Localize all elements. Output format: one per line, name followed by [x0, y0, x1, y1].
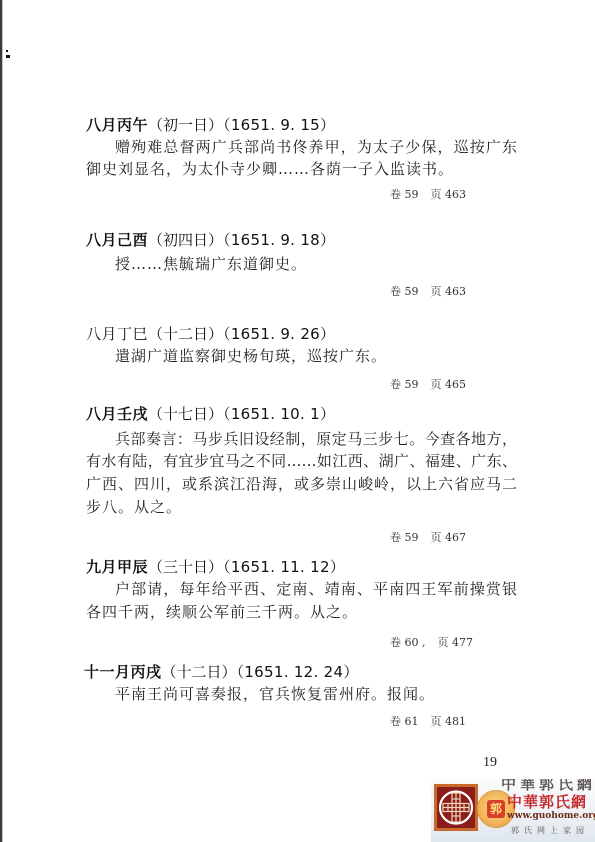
entry-heading: 八月丙午（初一日）（1651. 9. 15）	[86, 116, 335, 134]
citation-volume: 卷 59	[390, 285, 419, 298]
entry-text-line: 兵部奏言：马步兵旧设经制，原定马三步七。今查各地方，	[115, 430, 517, 448]
entry-heading: 十一月丙戌（十二日）（1651. 12. 24）	[84, 663, 359, 681]
heading-lunar-day: （十七日）	[148, 405, 223, 423]
citation-volume: 卷 60 ,	[390, 636, 426, 649]
page-number: 19	[483, 755, 497, 771]
heading-lunar-day: （三十日）	[148, 558, 223, 576]
clan-emblem-box	[434, 784, 478, 831]
citation-page: 页 463	[431, 285, 467, 298]
watermark-site-name: 中華郭氏網	[507, 791, 587, 812]
citation-page: 页 463	[431, 188, 467, 201]
citation-page: 页 477	[438, 636, 474, 649]
citation-volume: 卷 59	[390, 531, 419, 544]
cross-emblem-icon	[437, 787, 475, 828]
entry-text-line: 广西、四川，或系滨江沿海，或多崇山峻岭，以上六省应马二	[86, 475, 517, 493]
heading-gregorian-date: （1651. 9. 26）	[223, 325, 335, 343]
citation: 卷 59页 467	[390, 531, 466, 545]
heading-gregorian-date: （1651. 11. 12）	[223, 558, 345, 576]
heading-lunar-day: （初四日）	[148, 231, 223, 249]
entry-text-line: 各四千两，续顺公军前三千两。从之。	[86, 603, 358, 621]
heading-lunar-day: （十二日）	[162, 663, 237, 681]
citation-volume: 卷 59	[390, 378, 419, 391]
entry-text-line: 户部请，每年给平西、定南、靖南、平南四王军前操赏银	[115, 580, 517, 598]
entry-text-line: 有水有陆，有宜步宜马之不同……如江西、湖广、福建、广东、	[86, 452, 517, 470]
heading-lunar-day: （十二日）	[148, 325, 223, 343]
heading-date: 八月丙午	[86, 116, 148, 134]
citation: 卷 59页 465	[390, 378, 466, 392]
seal-character: 郭	[487, 800, 505, 818]
entry-text-line: 御史刘显名，为太仆寺少卿……各荫一子入监读书。	[86, 160, 454, 178]
scan-speck	[6, 50, 8, 52]
entry-heading: 九月甲辰（三十日）（1651. 11. 12）	[86, 558, 345, 576]
watermark-slogan: 郭氏网上家园	[511, 825, 589, 836]
citation: 卷 61页 481	[390, 715, 466, 729]
citation-volume: 卷 59	[390, 188, 419, 201]
heading-gregorian-date: （1651. 9. 18）	[223, 231, 335, 249]
heading-date: 八月己酉	[86, 231, 148, 249]
citation-page: 页 465	[431, 378, 467, 391]
heading-gregorian-date: （1651. 12. 24）	[237, 663, 359, 681]
heading-lunar-day: （初一日）	[148, 116, 223, 134]
scan-edge-shadow	[2, 0, 3, 842]
scan-speck	[6, 55, 10, 58]
citation: 卷 59页 463	[390, 188, 466, 202]
heading-date: 十一月丙戌	[84, 663, 162, 681]
citation-volume: 卷 61	[390, 715, 419, 728]
entry-text-line: 遣湖广道监察御史杨旬瑛，巡按广东。	[115, 347, 387, 365]
entry-text-line: 平南王尚可喜奏报，官兵恢复雷州府。报闻。	[115, 685, 435, 703]
citation: 卷 59页 463	[390, 285, 466, 299]
citation-page: 页 467	[431, 531, 467, 544]
watermark-url: www.guohome.org	[507, 811, 595, 821]
heading-date: 九月甲辰	[86, 558, 148, 576]
heading-date: 八月壬戌	[86, 405, 148, 423]
watermark-logo: 郭 中華郭氏網 中華郭氏網 www.guohome.org 郭氏网上家园	[431, 779, 595, 842]
entry-heading: 八月壬戌（十七日）（1651. 10. 1）	[86, 405, 335, 423]
heading-gregorian-date: （1651. 9. 15）	[223, 116, 335, 134]
heading-date: 八月丁巳	[86, 325, 148, 343]
entry-heading: 八月己酉（初四日）（1651. 9. 18）	[86, 231, 335, 249]
citation-page: 页 481	[431, 715, 467, 728]
entry-text-line: 授……焦毓瑞广东道御史。	[115, 255, 307, 273]
entry-text-line: 赠殉难总督两广兵部尚书佟养甲，为太子少保，巡按广东	[115, 138, 517, 156]
entry-heading: 八月丁巳（十二日）（1651. 9. 26）	[86, 325, 335, 343]
citation: 卷 60 ,页 477	[390, 636, 473, 650]
heading-gregorian-date: （1651. 10. 1）	[223, 405, 335, 423]
entry-text-line: 步八。从之。	[86, 498, 182, 516]
